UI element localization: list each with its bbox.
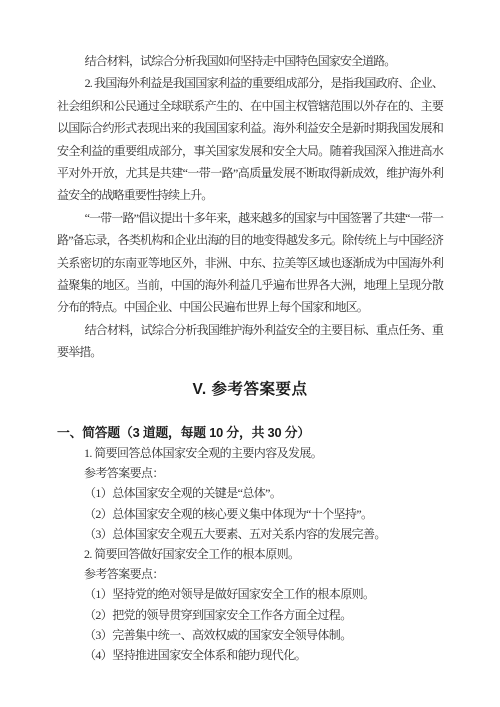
answer-1-point-2: （2）总体国家安全观的核心要义集中体现为“十个坚持”。 (57, 504, 443, 524)
answer-1-point-3: （3）总体国家安全观五大要素、五对关系内容的发展完善。 (57, 524, 443, 544)
material-paragraph-3: “一带一路”倡议提出十多年来，越来越多的国家与中国签署了共建“一带一路”备忘录，… (57, 207, 443, 319)
page-content: 结合材料，试综合分析我国如何坚持走中国特色国家安全道路。 2. 我国海外利益是我… (57, 50, 443, 665)
material-paragraph-1: 结合材料，试综合分析我国如何坚持走中国特色国家安全道路。 (57, 50, 443, 72)
short-answer-part-title: 一、简答题（3 道题，每题 10 分，共 30 分） (57, 423, 443, 443)
page-number: 6 (0, 648, 500, 660)
answer-label-2: 参考答案要点： (57, 564, 443, 584)
answer-2-point-2: （2）把党的领导贯穿到国家安全工作各方面全过程。 (57, 605, 443, 625)
answer-2-point-1: （1）坚持党的绝对领导是做好国家安全工作的根本原则。 (57, 584, 443, 604)
material-paragraph-4: 结合材料，试综合分析我国维护海外利益安全的主要目标、重点任务、重要举措。 (57, 319, 443, 364)
answers-section-heading: V. 参考答案要点 (57, 379, 443, 401)
answer-label-1: 参考答案要点： (57, 463, 443, 483)
material-paragraph-2: 2. 我国海外利益是我国国家利益的重要组成部分，是指我国政府、企业、社会组织和公… (57, 72, 443, 206)
answer-2-point-3: （3）完善集中统一、高效权威的国家安全领导体制。 (57, 625, 443, 645)
document-page: 结合材料，试综合分析我国如何坚持走中国特色国家安全道路。 2. 我国海外利益是我… (0, 0, 500, 707)
question-2: 2. 简要回答做好国家安全工作的根本原则。 (57, 544, 443, 564)
question-1: 1. 简要回答总体国家安全观的主要内容及发展。 (57, 443, 443, 463)
answer-1-point-1: （1）总体国家安全观的关键是“总体”。 (57, 483, 443, 503)
